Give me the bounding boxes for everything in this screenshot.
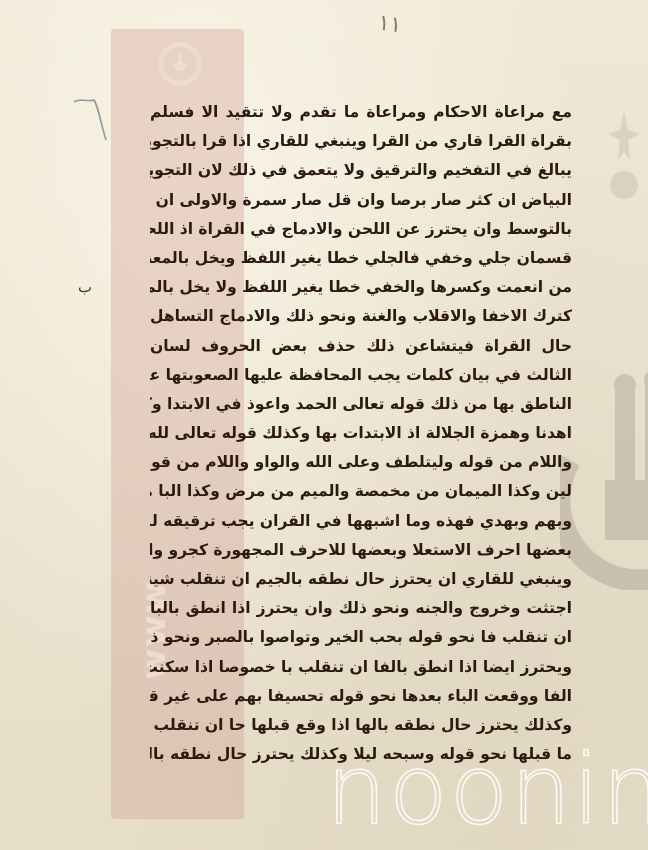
text-line: الثالث في بيان كلمات يجب المحافظة عليها … (150, 361, 572, 390)
manuscript-page: www ١١ ب مع مراعاة الاحكام ومراعاة ما تق… (0, 0, 648, 850)
text-line: من انعمت وكسرها والخفي خطا يغير اللفظ ول… (150, 273, 572, 302)
text-line: وبهم وبهدي فهذه وما اشبهها في القران يجب… (150, 507, 572, 536)
manuscript-text: مع مراعاة الاحكام ومراعاة ما تقدم ولا تت… (150, 98, 572, 769)
pencil-mark-icon (70, 96, 110, 146)
text-line: اجتثت وخروج والجنه ونحو ذلك وان يحترز اذ… (150, 594, 572, 623)
text-line: واللام من قوله وليتلطف وعلى الله والواو … (150, 448, 572, 477)
margin-note: ب (78, 278, 92, 296)
text-line: حال القراة فيتشاعن ذلك حذف بعض الحروف لس… (150, 332, 572, 361)
text-line: ان تنقلب فا نحو قوله بحب الخير وتواصوا ب… (150, 623, 572, 652)
text-line: بالتوسط وان يحترز عن اللحن والادماج في ا… (150, 215, 572, 244)
text-line: الناطق بها من ذلك قوله تعالى الحمد واعوذ… (150, 390, 572, 419)
mosque-watermark-icon (560, 330, 648, 590)
watermark-logo-icon (158, 42, 202, 86)
text-line: بقراة القرا قاري من القرا وينبغي للقاري … (150, 127, 572, 156)
text-line: قسمان جلي وخفي فالجلي خطا يغير اللفظ ويخ… (150, 244, 572, 273)
text-line: مع مراعاة الاحكام ومراعاة ما تقدم ولا تت… (150, 98, 572, 127)
text-line: ويحترز ايضا اذا انطق بالفا ان تنقلب با خ… (150, 653, 572, 682)
text-line: كترك الاخفا والاقلاب والغنة ونحو ذلك وال… (150, 302, 572, 331)
ornament-watermark-icon (600, 100, 648, 220)
text-line: البياض ان كثر صار برصا وان قل صار سمرة و… (150, 186, 572, 215)
text-line: بعضها احرف الاستعلا وبعضها للاحرف المجهو… (150, 536, 572, 565)
text-line: لين وكذا الميمان من مخمصة والميم من مرض … (150, 477, 572, 506)
watermark-brand: noonin (326, 742, 648, 838)
text-line: وينبغي للقاري ان يحترز حال نطقه بالجيم ا… (150, 565, 572, 594)
text-line: الفا ووقعت الباء بعدها نحو قوله تحسيفا ب… (150, 682, 572, 711)
text-line: يبالغ في التفخيم والترقيق ولا يتعمق في ذ… (150, 156, 572, 185)
text-line: اهدنا وهمزة الجلالة اذ الابتدات بها وكذل… (150, 419, 572, 448)
folio-number: ١١ (376, 10, 403, 38)
